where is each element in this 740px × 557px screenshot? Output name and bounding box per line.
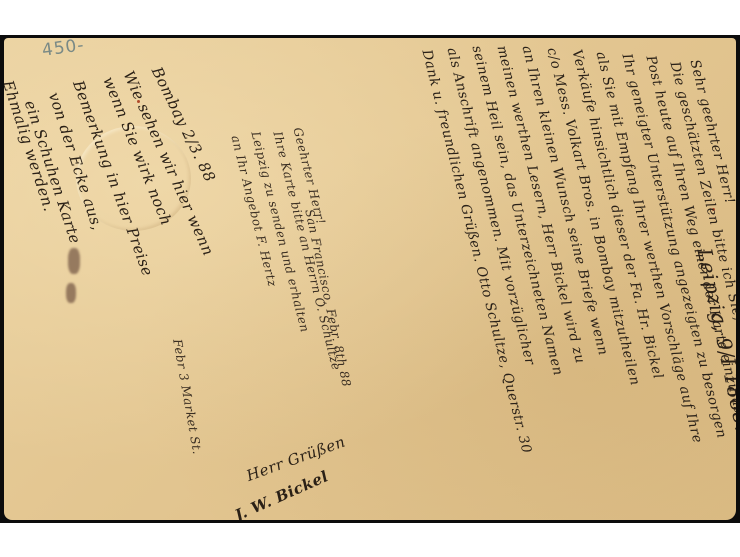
ink-stain — [66, 283, 76, 303]
postcard: 450- Leipzig, 9/I 1888. Sehr geehrter He… — [4, 38, 736, 520]
pencil-mark: 450- — [41, 38, 86, 61]
signature: Herr Grüßen — [244, 432, 348, 484]
secondary-text-line: Febr 3 Market St. — [170, 338, 204, 456]
ink-stain — [68, 248, 80, 274]
